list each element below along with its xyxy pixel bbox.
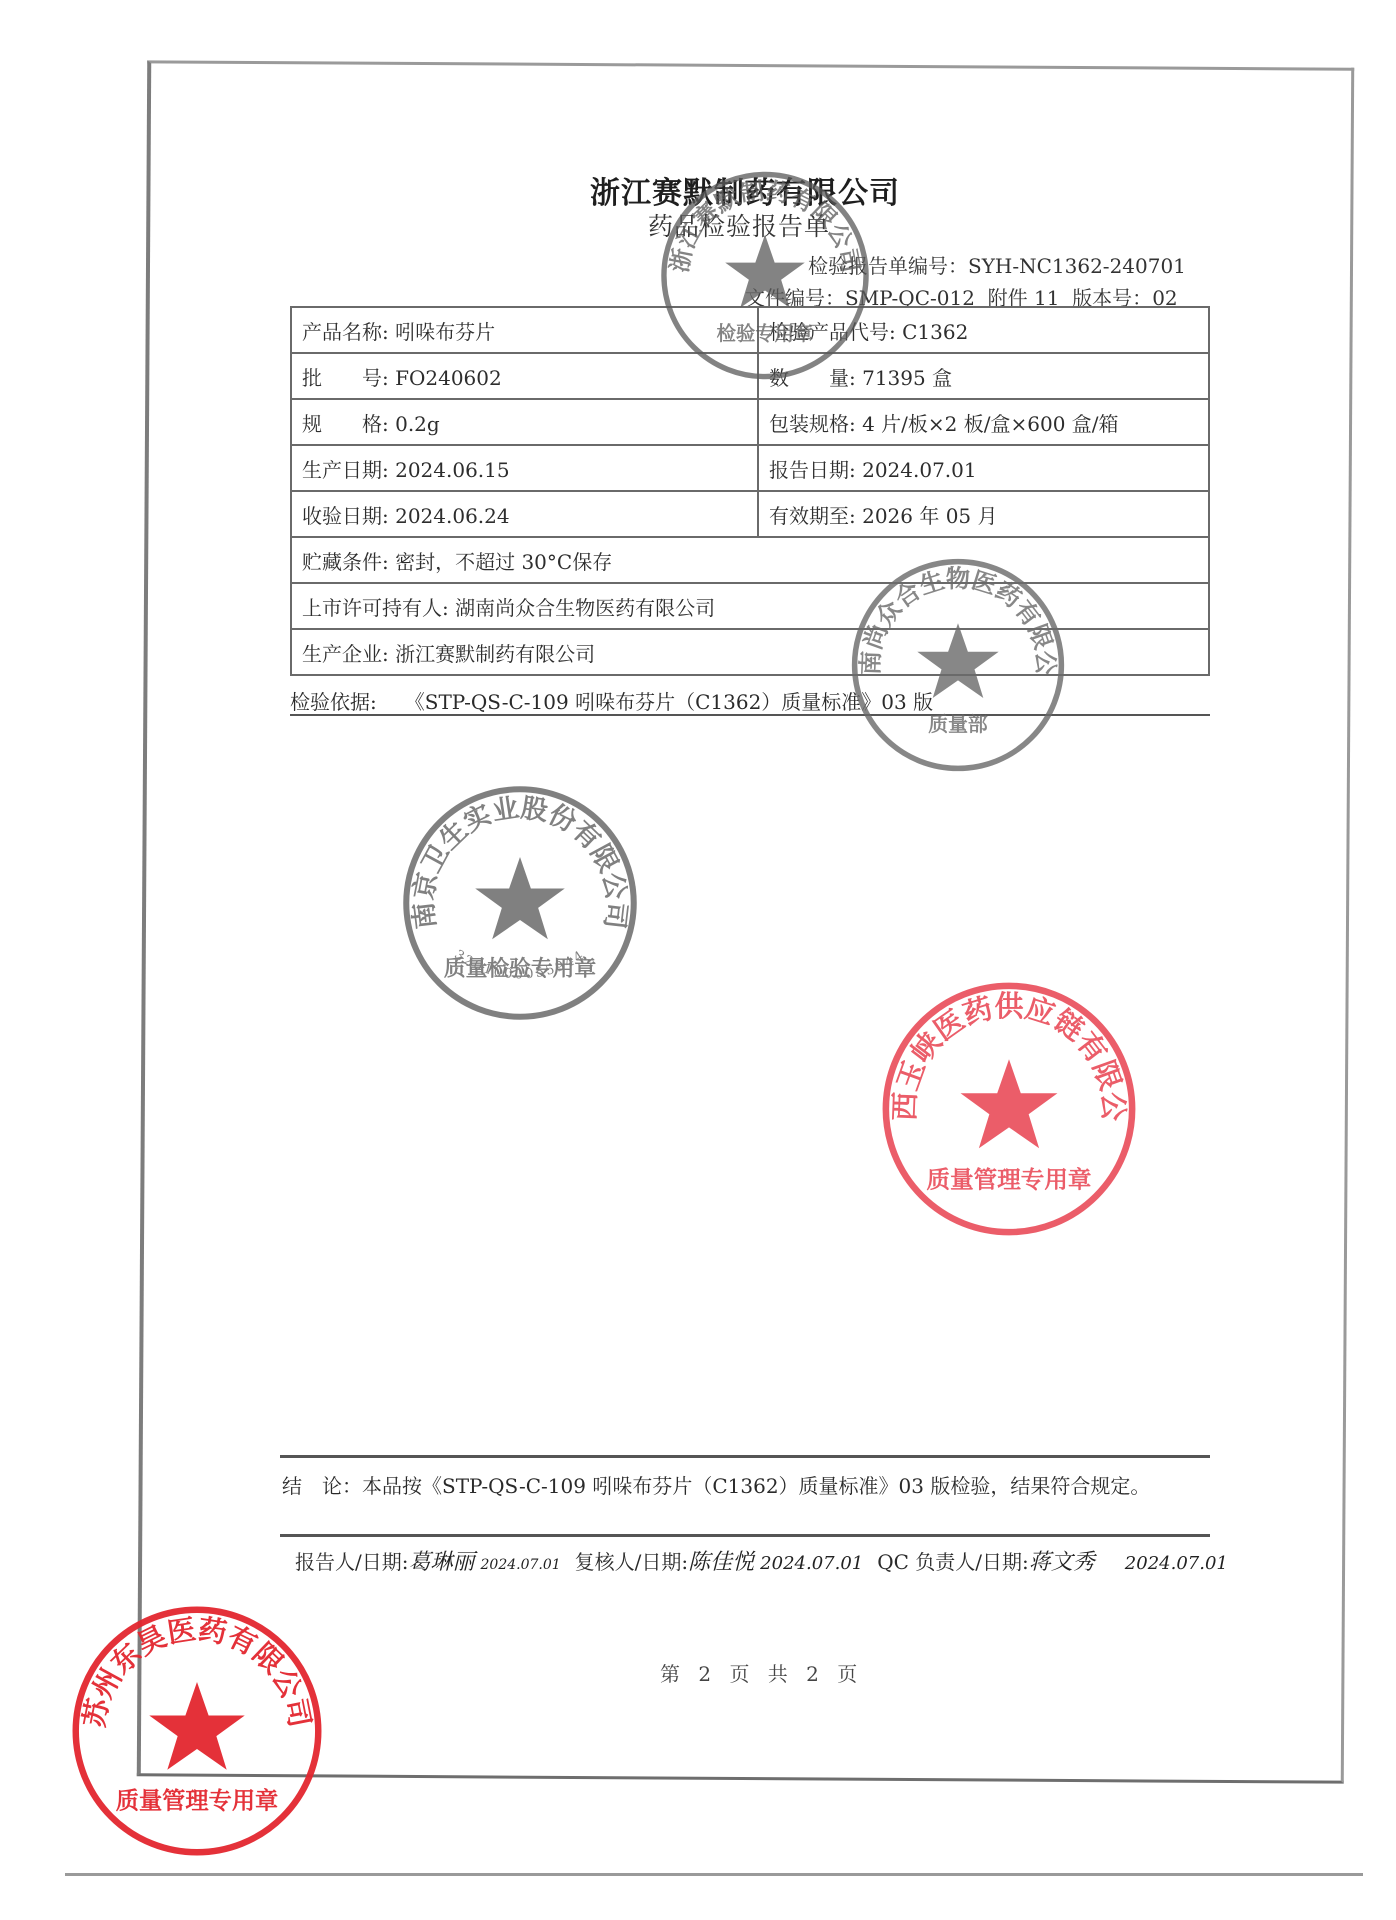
reporter-signature: 葛琳丽 [408, 1545, 474, 1576]
table-row: 生产企业: 浙江赛默制药有限公司 [291, 629, 1209, 675]
stamp-graphic: 江西玉峡医药供应链有限公司 质量管理专用章 [872, 978, 1146, 1240]
reporter-label: 报告人/日期: [295, 1546, 408, 1575]
qc-signature: 蒋文秀 [1029, 1545, 1095, 1576]
svg-text:质量管理专用章: 质量管理专用章 [116, 1787, 279, 1814]
page-number: 第 2 页 共 2 页 [660, 1658, 863, 1687]
svg-text:质量管理专用章: 质量管理专用章 [927, 1166, 1092, 1194]
signature-row: 报告人/日期: 葛琳丽 2024.07.01 复核人/日期: 陈佳悦 2024.… [295, 1545, 1242, 1576]
table-row: 贮藏条件: 密封，不超过 30°C保存 [291, 537, 1209, 583]
svg-text:检验专用章: 检验专用章 [717, 322, 814, 345]
table-cell: 规 格: 0.2g [291, 399, 758, 445]
table-cell: 包装规格: 4 片/板×2 板/盒×600 盒/箱 [758, 399, 1209, 445]
svg-text:质量部: 质量部 [928, 713, 988, 736]
reporter-date: 2024.07.01 [481, 1557, 561, 1573]
stamp-graphic: 浙江赛默制药有限公司 检验专用章 [650, 168, 880, 383]
table-row: 规 格: 0.2g包装规格: 4 片/板×2 板/盒×600 盒/箱 [291, 399, 1209, 445]
table-cell: 有效期至: 2026 年 05 月 [758, 491, 1209, 537]
scan-edge-line [65, 1873, 1363, 1876]
jiangxi-quality-management-stamp: 江西玉峡医药供应链有限公司 质量管理专用章 [872, 978, 1146, 1240]
reviewer-signature: 陈佳悦 [688, 1545, 754, 1576]
table-cell: 贮藏条件: 密封，不超过 30°C保存 [291, 537, 1209, 583]
divider [280, 1455, 1210, 1458]
table-row: 生产日期: 2024.06.15报告日期: 2024.07.01 [291, 445, 1209, 491]
star-icon [725, 235, 805, 308]
reviewer-label: 复核人/日期: [575, 1546, 688, 1575]
basis-label: 检验依据: [290, 690, 377, 714]
company-seal-stamp: 浙江赛默制药有限公司 检验专用章 [650, 168, 880, 383]
table-cell: 收验日期: 2024.06.24 [291, 491, 758, 537]
report-number-value: SYH-NC1362-240701 [968, 254, 1186, 278]
table-cell: 生产日期: 2024.06.15 [291, 445, 758, 491]
table-cell: 生产企业: 浙江赛默制药有限公司 [291, 629, 1209, 675]
qc-label: QC 负责人/日期: [877, 1546, 1029, 1575]
star-icon [149, 1682, 244, 1770]
table-row: 上市许可持有人: 湖南尚众合生物医药有限公司 [291, 583, 1209, 629]
inspection-basis: 检验依据:《STP-QS-C-109 吲哚布芬片（C1362）质量标准》03 版 [290, 686, 1210, 716]
table-cell: 报告日期: 2024.07.01 [758, 445, 1209, 491]
reviewer-date: 2024.07.01 [760, 1553, 863, 1574]
stamp-graphic: 南京卫生实业股份有限公司 质量检验专用章 3201000055944 [392, 782, 648, 1024]
star-icon [961, 1059, 1058, 1148]
star-icon [475, 857, 565, 939]
star-icon [917, 623, 998, 698]
stamp-graphic: 苏州东昊医药有限公司 质量管理专用章 [68, 1600, 326, 1862]
holder-quality-dept-stamp: 湖南尚众合生物医药有限公司 质量部 [848, 555, 1068, 775]
nanjing-quality-inspection-stamp: 南京卫生实业股份有限公司 质量检验专用章 3201000055944 [392, 782, 648, 1024]
qc-date: 2024.07.01 [1125, 1553, 1228, 1574]
suzhou-quality-management-stamp: 苏州东昊医药有限公司 质量管理专用章 [68, 1600, 326, 1862]
table-row: 收验日期: 2024.06.24有效期至: 2026 年 05 月 [291, 491, 1209, 537]
divider [280, 1534, 1210, 1537]
table-cell: 上市许可持有人: 湖南尚众合生物医药有限公司 [291, 583, 1209, 629]
stamp-graphic: 湖南尚众合生物医药有限公司 质量部 [848, 555, 1068, 775]
conclusion-text: 结 论：本品按《STP-QS-C-109 吲哚布芬片（C1362）质量标准》03… [282, 1466, 1212, 1506]
